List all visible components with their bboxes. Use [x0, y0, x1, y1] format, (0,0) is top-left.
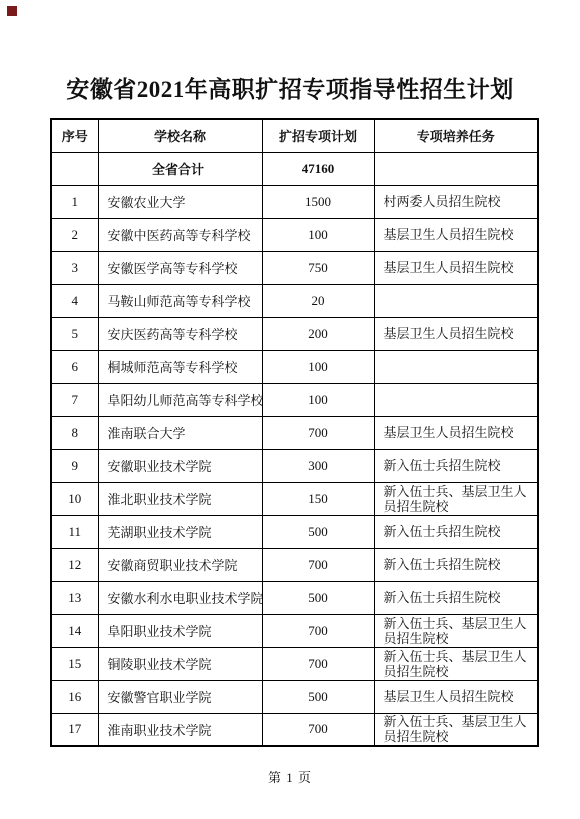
corner-mark	[7, 6, 17, 16]
table-row: 8 淮南联合大学 700 基层卫生人员招生院校	[51, 416, 538, 449]
table-row: 2 安徽中医药高等专科学校 100 基层卫生人员招生院校	[51, 218, 538, 251]
plan-cell: 100	[262, 350, 374, 383]
page-title: 安徽省2021年高职扩招专项指导性招生计划	[0, 76, 580, 103]
school-name-cell: 马鞍山师范高等专科学校	[98, 284, 262, 317]
task-cell: 新入伍士兵、基层卫生人员招生院校	[374, 614, 538, 647]
school-name-cell: 阜阳幼儿师范高等专科学校	[98, 383, 262, 416]
header-plan: 扩招专项计划	[262, 119, 374, 152]
plan-cell: 700	[262, 614, 374, 647]
task-cell: 新入伍士兵招生院校	[374, 449, 538, 482]
row-index-cell: 10	[51, 482, 98, 515]
table-row: 4 马鞍山师范高等专科学校 20	[51, 284, 538, 317]
school-name-cell: 阜阳职业技术学院	[98, 614, 262, 647]
plan-cell: 500	[262, 680, 374, 713]
row-index-cell: 12	[51, 548, 98, 581]
plan-cell: 20	[262, 284, 374, 317]
plan-cell: 150	[262, 482, 374, 515]
row-index-cell: 11	[51, 515, 98, 548]
school-name-cell: 铜陵职业技术学院	[98, 647, 262, 680]
school-name-cell: 安徽警官职业学院	[98, 680, 262, 713]
row-index-cell: 8	[51, 416, 98, 449]
header-school-name: 学校名称	[98, 119, 262, 152]
task-cell	[374, 383, 538, 416]
plan-cell: 100	[262, 218, 374, 251]
task-cell: 基层卫生人员招生院校	[374, 218, 538, 251]
row-index-cell: 9	[51, 449, 98, 482]
plan-cell: 100	[262, 383, 374, 416]
plan-cell: 300	[262, 449, 374, 482]
school-name-cell: 淮南职业技术学院	[98, 713, 262, 746]
plan-cell: 750	[262, 251, 374, 284]
row-index-cell: 2	[51, 218, 98, 251]
plan-cell: 700	[262, 416, 374, 449]
header-no: 序号	[51, 119, 98, 152]
table-row: 1 安徽农业大学 1500 村两委人员招生院校	[51, 185, 538, 218]
school-name-cell: 安徽水利水电职业技术学院	[98, 581, 262, 614]
school-name-cell: 安徽医学高等专科学校	[98, 251, 262, 284]
table-row: 5 安庆医药高等专科学校 200 基层卫生人员招生院校	[51, 317, 538, 350]
row-index-cell: 17	[51, 713, 98, 746]
table-row: 13 安徽水利水电职业技术学院 500 新入伍士兵招生院校	[51, 581, 538, 614]
task-cell: 新入伍士兵、基层卫生人员招生院校	[374, 482, 538, 515]
row-index-cell: 15	[51, 647, 98, 680]
plan-cell: 700	[262, 647, 374, 680]
school-name-cell: 安徽商贸职业技术学院	[98, 548, 262, 581]
document-page: 安徽省2021年高职扩招专项指导性招生计划 序号 学校名称 扩招专项计划 专项培…	[0, 76, 580, 786]
task-cell: 村两委人员招生院校	[374, 185, 538, 218]
row-index-cell: 14	[51, 614, 98, 647]
task-cell: 新入伍士兵、基层卫生人员招生院校	[374, 713, 538, 746]
total-label-cell: 全省合计	[98, 152, 262, 185]
school-name-cell: 安徽职业技术学院	[98, 449, 262, 482]
plan-table: 序号 学校名称 扩招专项计划 专项培养任务 全省合计 47160 1 安徽农业大…	[50, 118, 539, 747]
task-cell: 基层卫生人员招生院校	[374, 680, 538, 713]
header-row: 序号 学校名称 扩招专项计划 专项培养任务	[51, 119, 538, 152]
school-name-cell: 安徽农业大学	[98, 185, 262, 218]
plan-cell: 700	[262, 713, 374, 746]
task-cell: 基层卫生人员招生院校	[374, 251, 538, 284]
row-index-cell: 16	[51, 680, 98, 713]
row-index-cell: 6	[51, 350, 98, 383]
table-row: 10 淮北职业技术学院 150 新入伍士兵、基层卫生人员招生院校	[51, 482, 538, 515]
plan-cell: 1500	[262, 185, 374, 218]
task-cell: 基层卫生人员招生院校	[374, 317, 538, 350]
row-index-cell	[51, 152, 98, 185]
table-row: 7 阜阳幼儿师范高等专科学校 100	[51, 383, 538, 416]
total-plan-cell: 47160	[262, 152, 374, 185]
row-index-cell: 3	[51, 251, 98, 284]
task-cell: 基层卫生人员招生院校	[374, 416, 538, 449]
school-name-cell: 安庆医药高等专科学校	[98, 317, 262, 350]
plan-cell: 500	[262, 581, 374, 614]
total-task-cell	[374, 152, 538, 185]
table-row: 12 安徽商贸职业技术学院 700 新入伍士兵招生院校	[51, 548, 538, 581]
task-cell: 新入伍士兵招生院校	[374, 581, 538, 614]
table-row: 6 桐城师范高等专科学校 100	[51, 350, 538, 383]
table-row: 16 安徽警官职业学院 500 基层卫生人员招生院校	[51, 680, 538, 713]
row-index-cell: 5	[51, 317, 98, 350]
header-task: 专项培养任务	[374, 119, 538, 152]
plan-cell: 700	[262, 548, 374, 581]
plan-cell: 500	[262, 515, 374, 548]
school-name-cell: 桐城师范高等专科学校	[98, 350, 262, 383]
school-name-cell: 安徽中医药高等专科学校	[98, 218, 262, 251]
table-row: 3 安徽医学高等专科学校 750 基层卫生人员招生院校	[51, 251, 538, 284]
task-cell	[374, 284, 538, 317]
table-row: 11 芜湖职业技术学院 500 新入伍士兵招生院校	[51, 515, 538, 548]
school-name-cell: 淮北职业技术学院	[98, 482, 262, 515]
task-cell: 新入伍士兵招生院校	[374, 548, 538, 581]
school-name-cell: 淮南联合大学	[98, 416, 262, 449]
task-cell: 新入伍士兵、基层卫生人员招生院校	[374, 647, 538, 680]
row-index-cell: 4	[51, 284, 98, 317]
table-row: 17 淮南职业技术学院 700 新入伍士兵、基层卫生人员招生院校	[51, 713, 538, 746]
total-row: 全省合计 47160	[51, 152, 538, 185]
row-index-cell: 7	[51, 383, 98, 416]
table-row: 14 阜阳职业技术学院 700 新入伍士兵、基层卫生人员招生院校	[51, 614, 538, 647]
page-number: 第 1 页	[0, 767, 580, 786]
task-cell	[374, 350, 538, 383]
row-index-cell: 1	[51, 185, 98, 218]
row-index-cell: 13	[51, 581, 98, 614]
plan-cell: 200	[262, 317, 374, 350]
table-row: 15 铜陵职业技术学院 700 新入伍士兵、基层卫生人员招生院校	[51, 647, 538, 680]
task-cell: 新入伍士兵招生院校	[374, 515, 538, 548]
table-row: 9 安徽职业技术学院 300 新入伍士兵招生院校	[51, 449, 538, 482]
school-name-cell: 芜湖职业技术学院	[98, 515, 262, 548]
